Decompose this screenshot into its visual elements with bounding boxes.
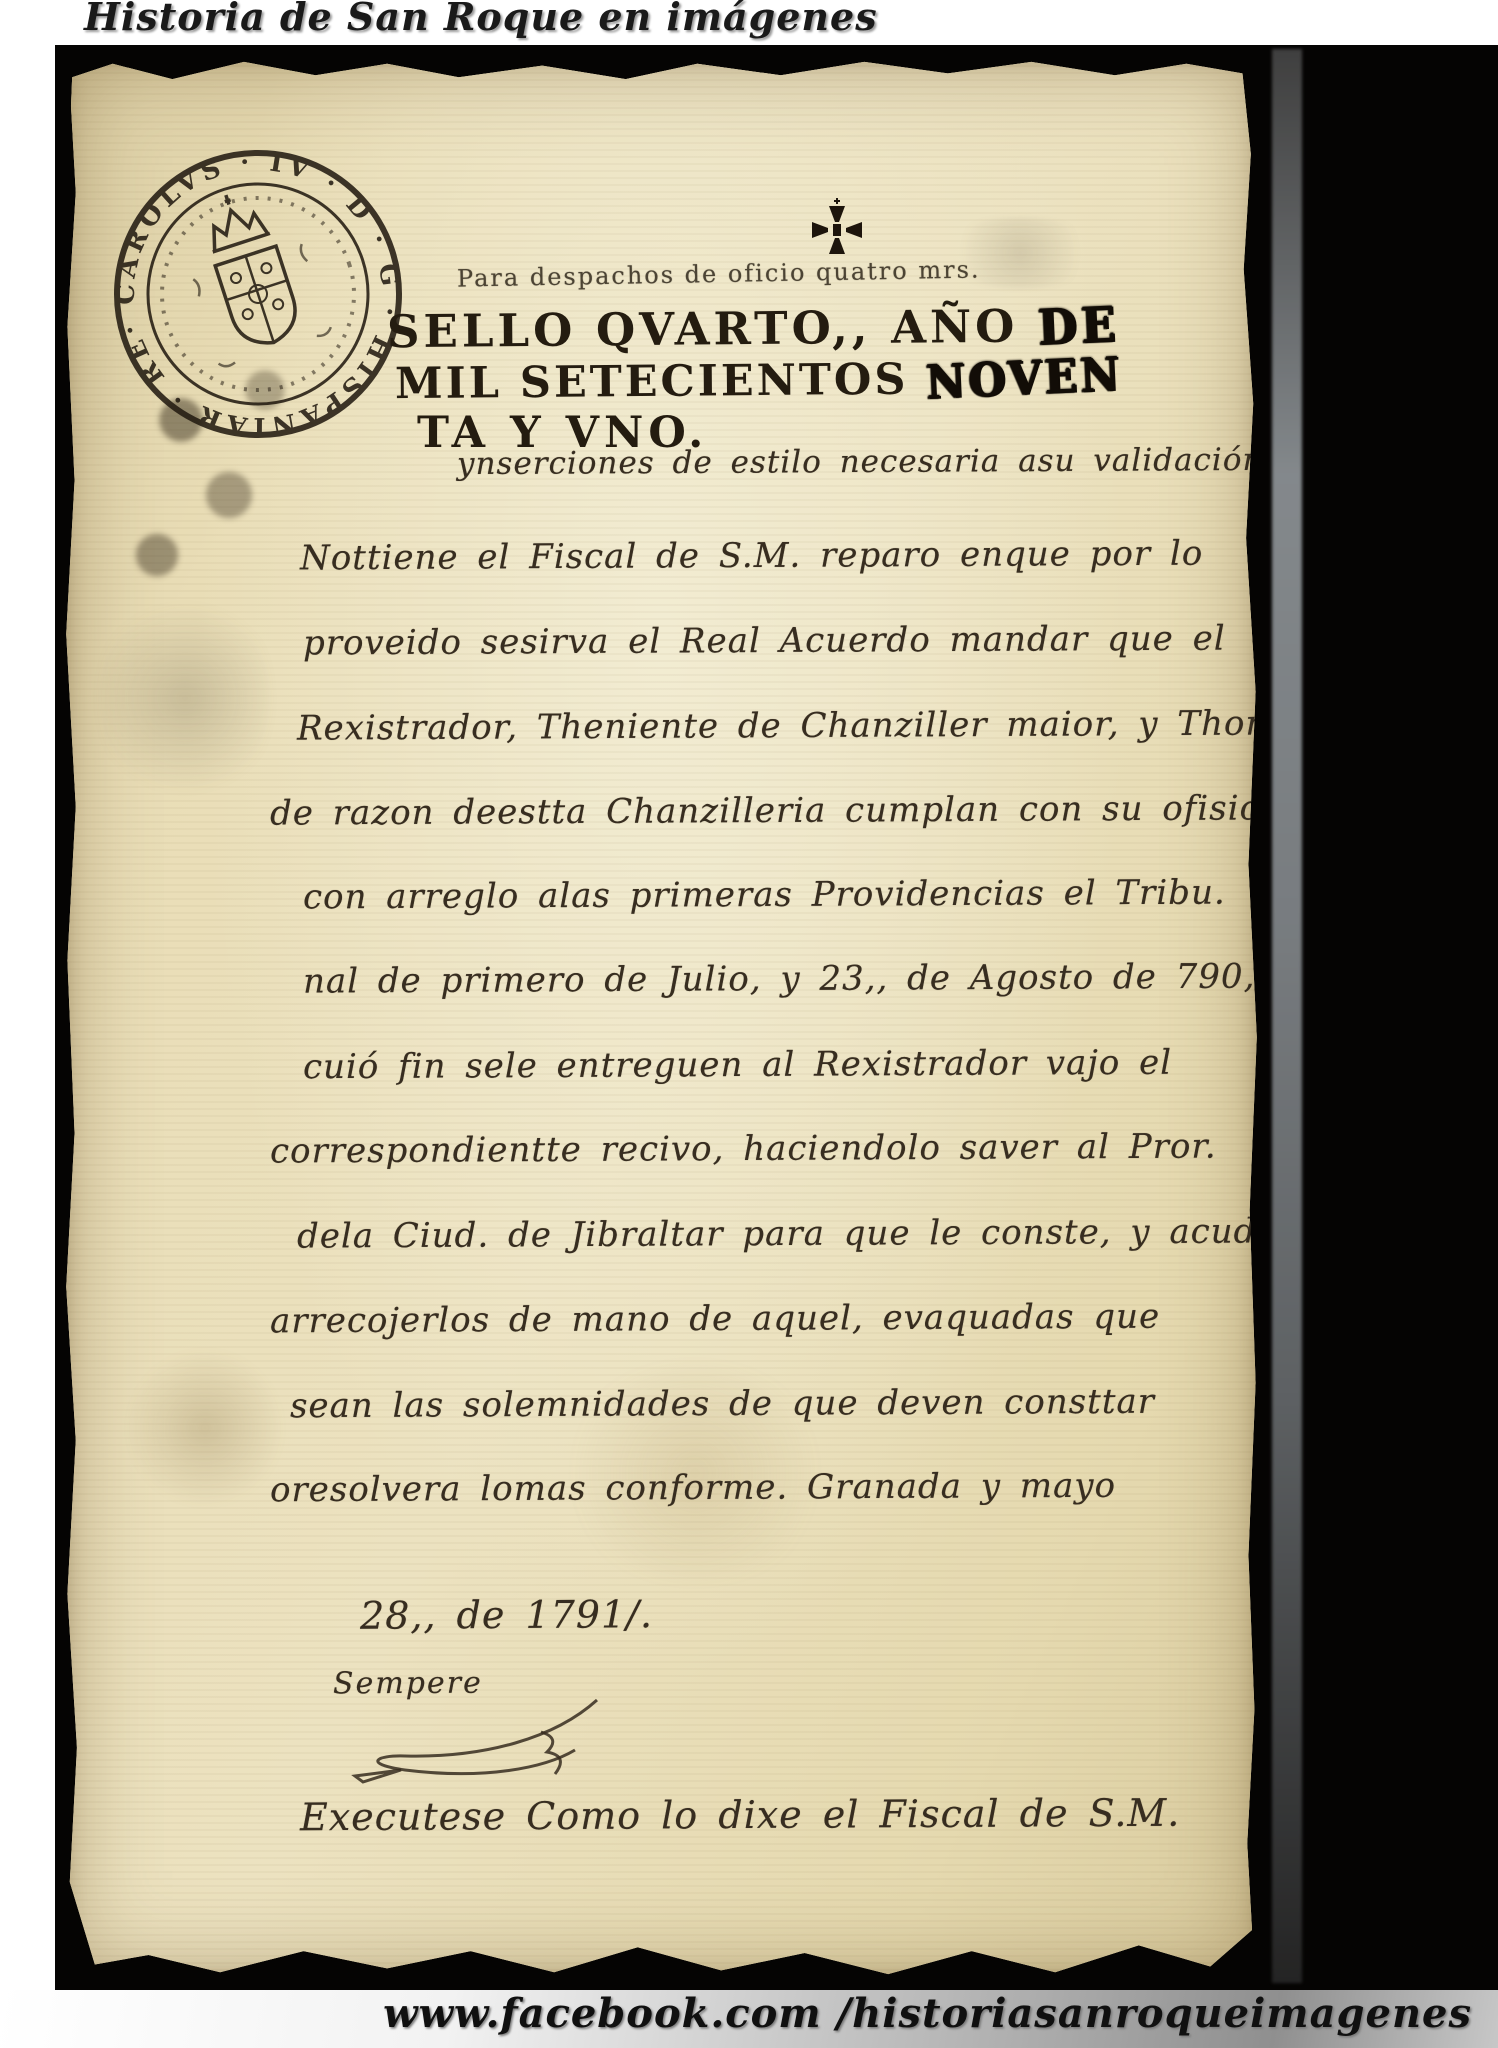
royal-seal-stamp: · CAROLVS · IV · D · G · HISPANIAR · REX…: [105, 138, 411, 450]
manuscript-line: dela Ciud. de Jibraltar para que le cons…: [297, 1211, 1278, 1256]
printed-fee-line: Para despachos de oficio quatro mrs.: [457, 255, 981, 292]
manuscript-line: proveido sesirva el Real Acuerdo mandar …: [303, 619, 1226, 664]
paper-stain: [100, 578, 270, 818]
manuscript-line: con arreglo alas primeras Providencias e…: [303, 873, 1226, 918]
cross-pattee-icon: [810, 198, 864, 258]
footer-strip: www.facebook.com /historiasanroqueimagen…: [0, 1990, 1498, 2048]
manuscript-line: ynserciones de estilo necesaria asu vali…: [457, 442, 1274, 482]
manuscript-line: correspondientte recivo, haciendolo save…: [270, 1127, 1217, 1172]
printed-year-text: MIL SETECIENTOS: [395, 355, 927, 410]
photo-frame: · CAROLVS · IV · D · G · HISPANIAR · REX…: [55, 45, 1498, 1990]
closing-order-line: Executese Como lo dixe el Fiscal de S.M.: [300, 1791, 1181, 1840]
printed-sello-line: SELLO QVARTO,, AÑO DE: [387, 299, 1120, 358]
manuscript-line: Nottiene el Fiscal de S.M. reparo enque …: [300, 534, 1203, 579]
facebook-url: www.facebook.com /historiasanroqueimagen…: [383, 1990, 1472, 2037]
manuscript-line: sean las solemnidades de que deven const…: [290, 1382, 1155, 1427]
signature-rubric-flourish: [345, 1698, 615, 1798]
manuscript-line: Rexistrador, Theniente de Chanziller mai…: [297, 703, 1300, 748]
manuscript-line: arrecojerlos de mano de aquel, evaquadas…: [270, 1297, 1160, 1342]
title-strip: Historia de San Roque en imágenes: [0, 0, 1498, 45]
manuscript-paper: · CAROLVS · IV · D · G · HISPANIAR · REX…: [65, 58, 1258, 1978]
manuscript-line: oresolvera lomas conforme. Granada y may…: [270, 1466, 1116, 1510]
photo-edge-stripe: [1272, 49, 1302, 1983]
paper-stain: [125, 1348, 285, 1508]
signature: Sempere: [333, 1666, 483, 1702]
printed-stamp-de: DE: [1037, 295, 1121, 356]
manuscript-line: nal de primero de Julio, y 23,, de Agost…: [303, 956, 1296, 1001]
manuscript-date-line: 28,, de 1791/.: [360, 1592, 653, 1638]
printed-sello-text: SELLO QVARTO,, AÑO: [387, 300, 1038, 359]
printed-stamp-noven: NOVEN: [925, 347, 1124, 410]
manuscript-line: cuió fin sele entreguen al Rexistrador v…: [303, 1043, 1172, 1088]
manuscript-line: de razon deestta Chanzilleria cumplan co…: [270, 788, 1261, 833]
printed-year-line: MIL SETECIENTOS NOVEN: [395, 353, 1123, 409]
page-title: Historia de San Roque en imágenes: [84, 0, 878, 39]
